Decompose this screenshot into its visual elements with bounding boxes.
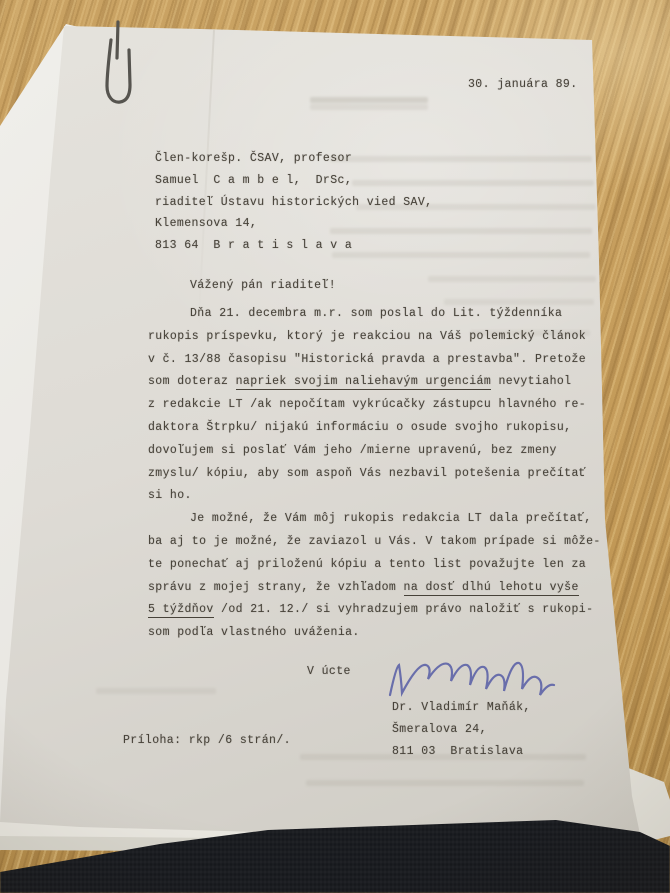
body-line: te ponechať aj priloženú kópiu a tento l… [148,554,601,577]
body-text: rukopis príspevku, ktorý je reakciou na … [148,330,586,343]
address-line: 813 64 B r a t i s l a v a [155,235,432,257]
body-line: správu z mojej strany, že vzhľadom na do… [148,577,601,600]
ghost-text [306,780,584,786]
body-line: dovoľujem si poslať Vám jeho /mierne upr… [148,440,601,463]
body-line: v č. 13/88 časopisu "Historická pravda a… [148,349,601,372]
body-line: zmyslu/ kópiu, aby som aspoň Vás nezbavi… [148,463,601,486]
body-line: som doteraz napriek svojim naliehavým ur… [148,371,601,394]
body-line: ba aj to je možné, že zaviazol u Vás. V … [148,531,601,554]
body-line: z redakcie LT /ak nepočítam vykrúcačky z… [148,394,601,417]
closing-phrase: V úcte [307,665,351,678]
body-text: ba aj to je možné, že zaviazol u Vás. V … [148,535,601,548]
body-line: si ho. [148,485,601,508]
ghost-text [310,97,428,103]
body-text: te ponechať aj priloženú kópiu a tento l… [148,558,586,571]
body-text: v č. 13/88 časopisu "Historická pravda a… [148,353,586,366]
body-text: si ho. [148,489,192,502]
body-text: som doteraz [148,375,236,388]
body-text: daktora Štrpku/ nijakú informáciu o osud… [148,421,571,434]
address-line: Klemensova 14, [155,213,432,235]
body-text: z redakcie LT /ak nepočítam vykrúcačky z… [148,398,586,411]
body-text: správu z mojej strany, že vzhľadom [148,581,404,594]
letter-date: 30. januára 89. [468,78,578,91]
body-line: rukopis príspevku, ktorý je reakciou na … [148,326,601,349]
underlined-text: na dosť dlhú lehotu vyše [404,581,579,596]
address-line: Člen-korešp. ČSAV, profesor [155,148,432,170]
address-line: Samuel C a m b e l, DrSc, [155,170,432,192]
letter-body: Dňa 21. decembra m.r. som poslal do Lit.… [148,303,601,645]
body-text: Dňa 21. decembra m.r. som poslal do Lit.… [190,307,562,320]
salutation: Vážený pán riaditeľ! [190,279,336,292]
underlined-text: napriek svojim naliehavým urgenciám [236,375,492,390]
address-line: Šmeralova 24, [392,719,531,741]
address-line: 811 03 Bratislava [392,741,531,763]
photographed-letter: 30. januára 89. Člen-korešp. ČSAV, profe… [0,0,670,893]
body-text: som podľa vlastného uváženia. [148,626,360,639]
handwritten-signature [382,655,567,707]
body-text: nevytiahol [491,375,571,388]
paperclip-icon [94,12,146,112]
body-text: /od 21. 12./ si vyhradzujem právo naloži… [214,603,594,616]
body-line: som podľa vlastného uváženia. [148,622,601,645]
recipient-address: Člen-korešp. ČSAV, profesorSamuel C a m … [155,148,432,257]
body-text: dovoľujem si poslať Vám jeho /mierne upr… [148,444,557,457]
enclosure-note: Príloha: rkp /6 strán/. [123,734,291,747]
body-text: zmyslu/ kópiu, aby som aspoň Vás nezbavi… [148,467,586,480]
underlined-text: 5 týždňov [148,603,214,618]
body-line: Dňa 21. decembra m.r. som poslal do Lit.… [148,303,601,326]
address-line: riaditeľ Ústavu historických vied SAV, [155,192,432,214]
ghost-text [310,104,428,110]
body-text: Je možné, že Vám môj rukopis redakcia LT… [190,512,592,525]
body-line: 5 týždňov /od 21. 12./ si vyhradzujem pr… [148,599,601,622]
body-line: daktora Štrpku/ nijakú informáciu o osud… [148,417,601,440]
ghost-text [96,688,216,694]
ghost-text [428,276,596,282]
body-line: Je možné, že Vám môj rukopis redakcia LT… [148,508,601,531]
